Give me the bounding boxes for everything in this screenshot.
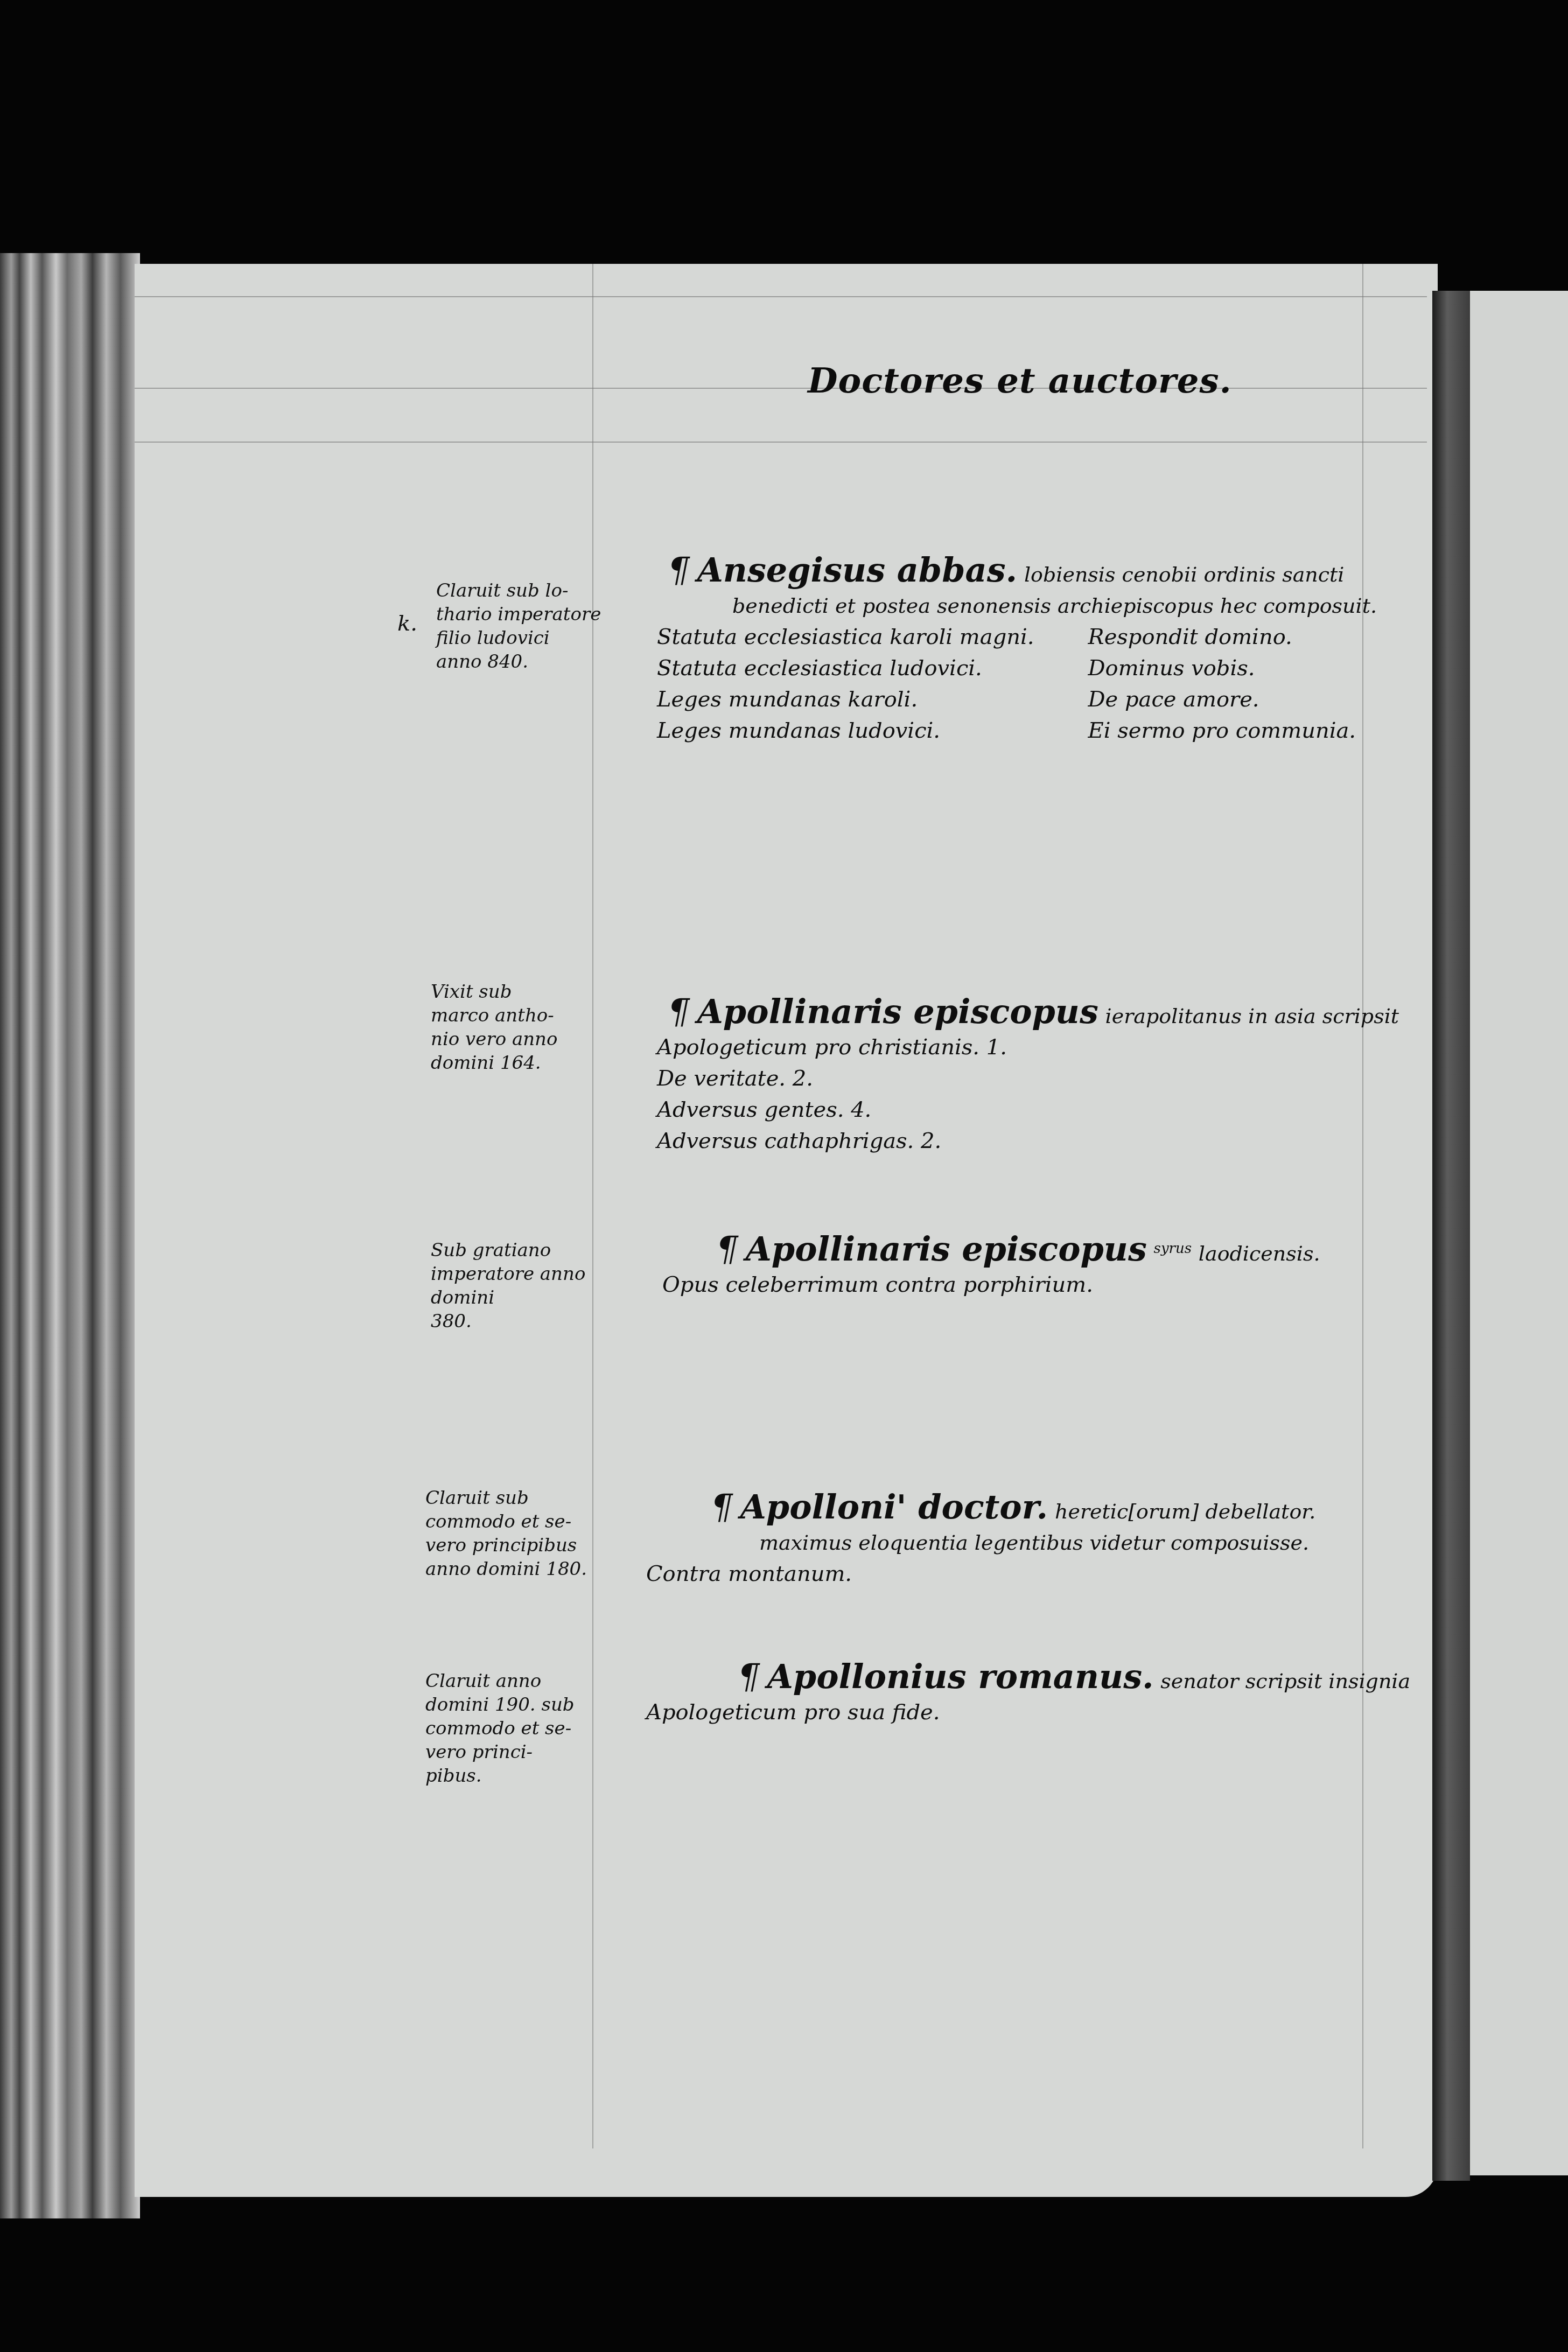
pilcrow-icon: ¶ xyxy=(668,992,690,1032)
work-title: Adversus gentes. 4. xyxy=(657,1094,1399,1125)
margin-note: Claruit sub lo- thario imperatore filio … xyxy=(436,579,614,674)
ruling-line xyxy=(135,388,1427,389)
entry-heading: Apollinaris episcopus xyxy=(697,992,1098,1031)
margin-note: Claruit sub commodo et se- vero principi… xyxy=(425,1486,603,1581)
margin-rule xyxy=(1362,264,1363,2148)
work-title: Ei sermo pro communia. xyxy=(1088,715,1356,746)
entry-description: maximus eloquentia legentibus videtur co… xyxy=(759,1531,1309,1555)
work-title: Leges mundanas karoli. xyxy=(657,684,1034,715)
entry-description: ierapolitanus in asia scripsit xyxy=(1105,1004,1399,1028)
pilcrow-icon: ¶ xyxy=(711,1487,733,1527)
catalogue-entry: ¶Apollinaris episcopus ierapolitanus in … xyxy=(668,996,1399,1157)
catalogue-entry: ¶Ansegisus abbas. lobiensis cenobii ordi… xyxy=(668,555,1377,746)
ruling-line xyxy=(135,296,1427,297)
margin-note: Claruit anno domini 190. sub commodo et … xyxy=(425,1669,603,1788)
work-title: Statuta ecclesiastica ludovici. xyxy=(657,653,1034,684)
work-title: Contra montanum. xyxy=(646,1558,1315,1590)
superscript-annotation: syrus xyxy=(1154,1241,1192,1257)
entry-heading: Apolloni' doctor. xyxy=(740,1487,1048,1527)
book-gutter-shadow xyxy=(1432,291,1470,2181)
entry-heading: Ansegisus abbas. xyxy=(697,550,1017,590)
pilcrow-icon: ¶ xyxy=(716,1229,738,1269)
catalogue-entry: ¶Apollinaris episcopus syrus laodicensis… xyxy=(716,1233,1320,1300)
margin-note: Vixit sub marco antho- nio vero anno dom… xyxy=(431,980,608,1075)
entry-description: heretic[orum] debellator. xyxy=(1055,1500,1315,1523)
catalogue-entry: ¶Apollonius romanus. senator scripsit in… xyxy=(738,1661,1410,1728)
pilcrow-icon: ¶ xyxy=(738,1657,760,1697)
margin-note: Sub gratiano imperatore anno domini 380. xyxy=(431,1238,608,1333)
work-title: Apologeticum pro christianis. 1. xyxy=(657,1032,1399,1063)
work-title: Statuta ecclesiastica karoli magni. xyxy=(657,621,1034,653)
margin-marker: k. xyxy=(397,611,417,636)
entry-heading: Apollinaris episcopus xyxy=(746,1229,1147,1269)
entry-description: lobiensis cenobii ordinis sancti xyxy=(1024,563,1345,586)
page-title: Doctores et auctores. xyxy=(808,361,1232,401)
entry-heading: Apollonius romanus. xyxy=(767,1657,1154,1696)
pilcrow-icon: ¶ xyxy=(668,550,690,590)
entry-description: laodicensis. xyxy=(1199,1242,1320,1265)
work-title: De veritate. 2. xyxy=(657,1063,1399,1094)
work-title: Leges mundanas ludovici. xyxy=(657,715,1034,746)
work-title: Opus celeberrimum contra porphirium. xyxy=(662,1269,1320,1300)
catalogue-entry: ¶Apolloni' doctor. heretic[orum] debella… xyxy=(711,1492,1315,1590)
book-page-stack xyxy=(0,253,140,2218)
work-title: De pace amore. xyxy=(1088,684,1356,715)
entry-description: benedicti et postea senonensis archiepis… xyxy=(732,594,1377,618)
entry-description: senator scripsit insignia xyxy=(1160,1669,1410,1693)
work-title: Apologeticum pro sua fide. xyxy=(646,1697,1410,1728)
work-title: Dominus vobis. xyxy=(1088,653,1356,684)
work-title: Respondit domino. xyxy=(1088,621,1356,653)
work-title: Adversus cathaphrigas. 2. xyxy=(657,1125,1399,1157)
margin-rule xyxy=(592,264,593,2148)
ruling-line xyxy=(135,442,1427,443)
facing-page-edge xyxy=(1470,291,1568,2175)
